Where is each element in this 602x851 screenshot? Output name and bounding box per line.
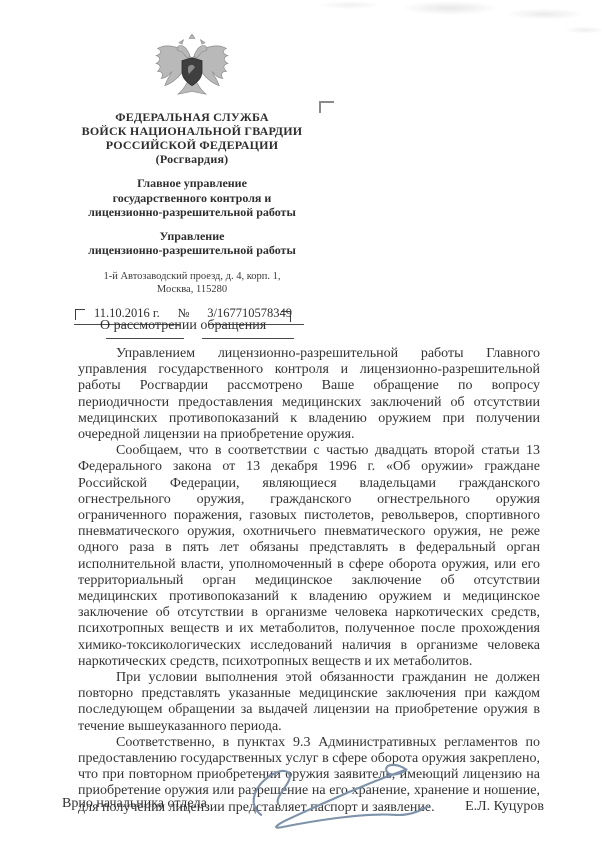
division-line: лицензионно-разрешительной работы: [58, 243, 326, 258]
body-paragraph: Управлением лицензионно-разрешительной р…: [78, 346, 540, 443]
underline: [106, 338, 184, 339]
org-name-line: РОССИЙСКОЙ ФЕДЕРАЦИИ: [58, 138, 326, 152]
signer-name: Е.Л. Куцуров: [465, 799, 544, 815]
letterhead: ФЕДЕРАЛЬНАЯ СЛУЖБА ВОЙСК НАЦИОНАЛЬНОЙ ГВ…: [58, 34, 326, 339]
body-paragraph: При условии выполнения этой обязанности …: [78, 670, 540, 735]
department-name: Главное управление государственного конт…: [58, 176, 326, 220]
department-line: лицензионно-разрешительной работы: [58, 205, 326, 220]
division-line: Управление: [58, 229, 326, 244]
subject-line: О рассмотрении обращения: [100, 318, 266, 334]
rosgvardiya-eagle-emblem-icon: [149, 34, 235, 108]
handwritten-signature: [238, 760, 438, 841]
scanned-letter-page: ФЕДЕРАЛЬНАЯ СЛУЖБА ВОЙСК НАЦИОНАЛЬНОЙ ГВ…: [0, 0, 602, 851]
org-name-line: ФЕДЕРАЛЬНАЯ СЛУЖБА: [58, 110, 326, 124]
address-line: 1-й Автозаводский проезд, д. 4, корп. 1,: [58, 270, 326, 283]
addressee-corner-mark: [319, 101, 334, 113]
reference-underlines-row-2: [58, 338, 326, 339]
subject-corner-mark-left: [75, 309, 85, 320]
department-line: Главное управление: [58, 176, 326, 191]
org-name: ФЕДЕРАЛЬНАЯ СЛУЖБА ВОЙСК НАЦИОНАЛЬНОЙ ГВ…: [58, 110, 326, 166]
underline: [202, 338, 294, 339]
subject-corner-mark-right: [281, 311, 291, 322]
letter-body: Управлением лицензионно-разрешительной р…: [78, 346, 540, 816]
division-name: Управление лицензионно-разрешительной ра…: [58, 229, 326, 258]
address-line: Москва, 115280: [58, 283, 326, 296]
org-name-line: ВОЙСК НАЦИОНАЛЬНОЙ ГВАРДИИ: [58, 124, 326, 138]
body-paragraph: Сообщаем, что в соответствии с частью дв…: [78, 443, 540, 670]
org-short-name: (Росгвардия): [58, 152, 326, 166]
signer-position-title: Врио начальника отдела: [62, 796, 207, 812]
postal-address: 1-й Автозаводский проезд, д. 4, корп. 1,…: [58, 270, 326, 296]
department-line: государственного контроля и: [58, 191, 326, 206]
